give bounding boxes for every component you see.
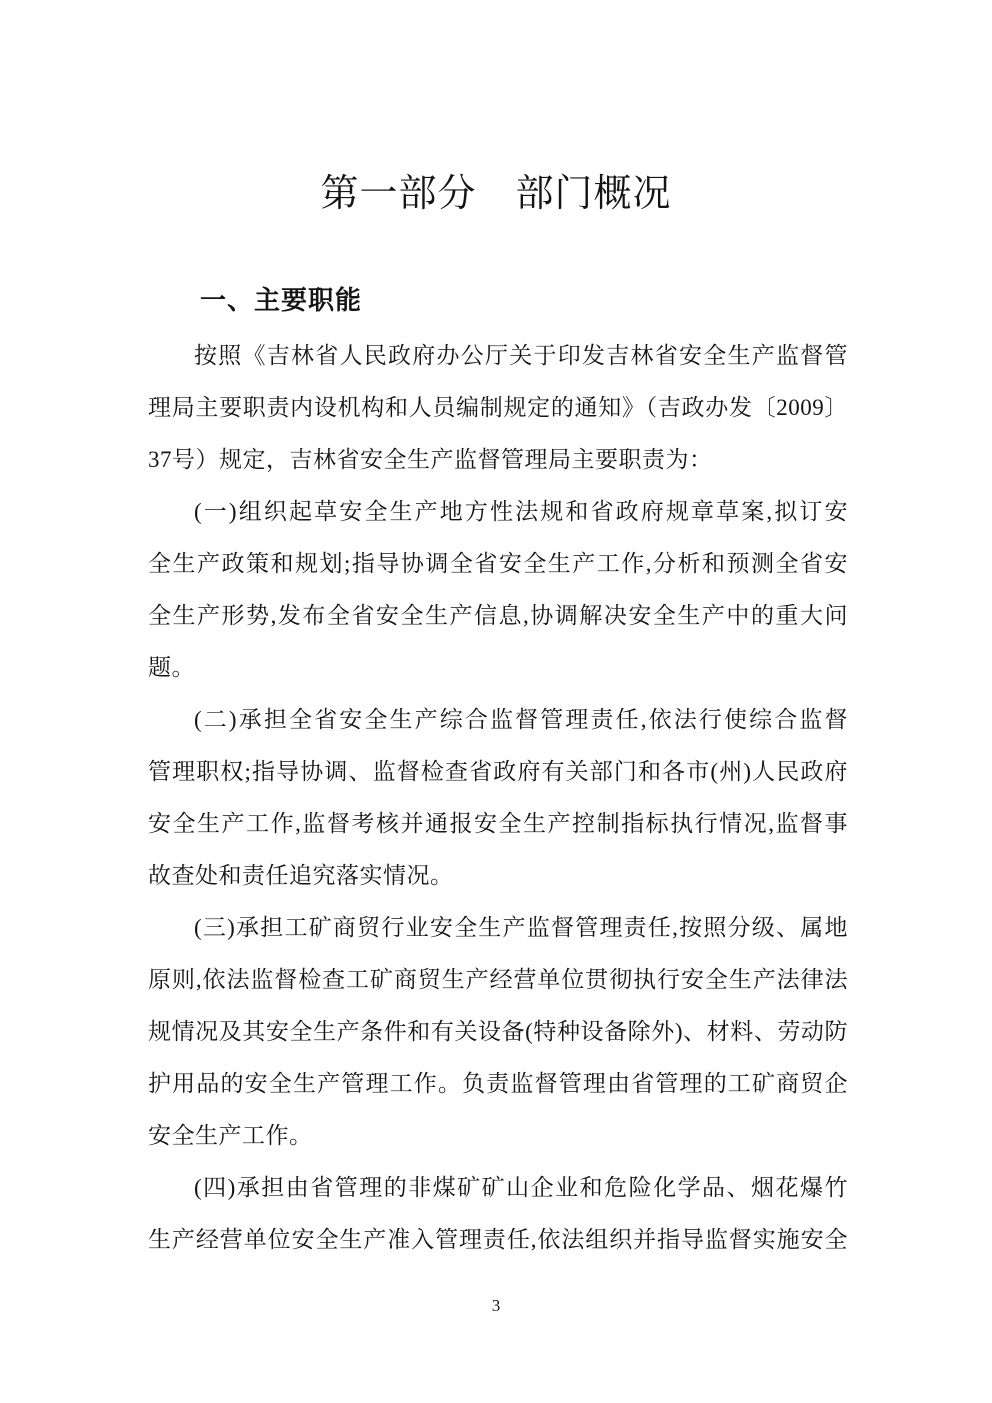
- body-line: 规情况及其安全生产条件和有关设备(特种设备除外)、材料、劳动防: [148, 1006, 848, 1058]
- body-line: 护用品的安全生产管理工作。负责监督管理由省管理的工矿商贸企业: [148, 1058, 848, 1110]
- paragraph-1: 按照《吉林省人民政府办公厅关于印发吉林省安全生产监督管 理局主要职责内设机构和人…: [148, 330, 848, 486]
- body-line: (三)承担工矿商贸行业安全生产监督管理责任,按照分级、属地: [148, 902, 848, 954]
- paragraph-2: (一)组织起草安全生产地方性法规和省政府规章草案,拟订安 全生产政策和规划;指导…: [148, 486, 848, 694]
- document-title: 第一部分 部门概况: [0, 170, 992, 218]
- section-heading: 一、主要职能: [200, 284, 362, 316]
- body-line: 安全生产工作。: [148, 1110, 848, 1162]
- body-line: 37号）规定，吉林省安全生产监督管理局主要职责为：: [148, 434, 848, 486]
- body-line: (一)组织起草安全生产地方性法规和省政府规章草案,拟订安: [148, 486, 848, 538]
- paragraph-3: (二)承担全省安全生产综合监督管理责任,依法行使综合监督 管理职权;指导协调、监…: [148, 694, 848, 902]
- body-line: 题。: [148, 642, 848, 694]
- body-line: 原则,依法监督检查工矿商贸生产经营单位贯彻执行安全生产法律法: [148, 954, 848, 1006]
- page-number: 3: [0, 1294, 992, 1318]
- body-line: 按照《吉林省人民政府办公厅关于印发吉林省安全生产监督管: [148, 330, 848, 382]
- body-line: 全生产政策和规划;指导协调全省安全生产工作,分析和预测全省安: [148, 538, 848, 590]
- body-line: 生产经营单位安全生产准入管理责任,依法组织并指导监督实施安全: [148, 1214, 848, 1266]
- body-line: (四)承担由省管理的非煤矿矿山企业和危险化学品、烟花爆竹: [148, 1162, 848, 1214]
- body-line: 全生产形势,发布全省安全生产信息,协调解决安全生产中的重大问: [148, 590, 848, 642]
- body-line: 管理职权;指导协调、监督检查省政府有关部门和各市(州)人民政府: [148, 746, 848, 798]
- body-line: 理局主要职责内设机构和人员编制规定的通知》（吉政办发〔2009〕: [148, 382, 848, 434]
- document-page: 第一部分 部门概况 一、主要职能 按照《吉林省人民政府办公厅关于印发吉林省安全生…: [0, 0, 992, 1403]
- body-line: 安全生产工作,监督考核并通报安全生产控制指标执行情况,监督事: [148, 798, 848, 850]
- body-line: (二)承担全省安全生产综合监督管理责任,依法行使综合监督: [148, 694, 848, 746]
- document-body: 按照《吉林省人民政府办公厅关于印发吉林省安全生产监督管 理局主要职责内设机构和人…: [148, 330, 848, 1266]
- paragraph-4: (三)承担工矿商贸行业安全生产监督管理责任,按照分级、属地 原则,依法监督检查工…: [148, 902, 848, 1162]
- body-line: 故查处和责任追究落实情况。: [148, 850, 848, 902]
- paragraph-5: (四)承担由省管理的非煤矿矿山企业和危险化学品、烟花爆竹 生产经营单位安全生产准…: [148, 1162, 848, 1266]
